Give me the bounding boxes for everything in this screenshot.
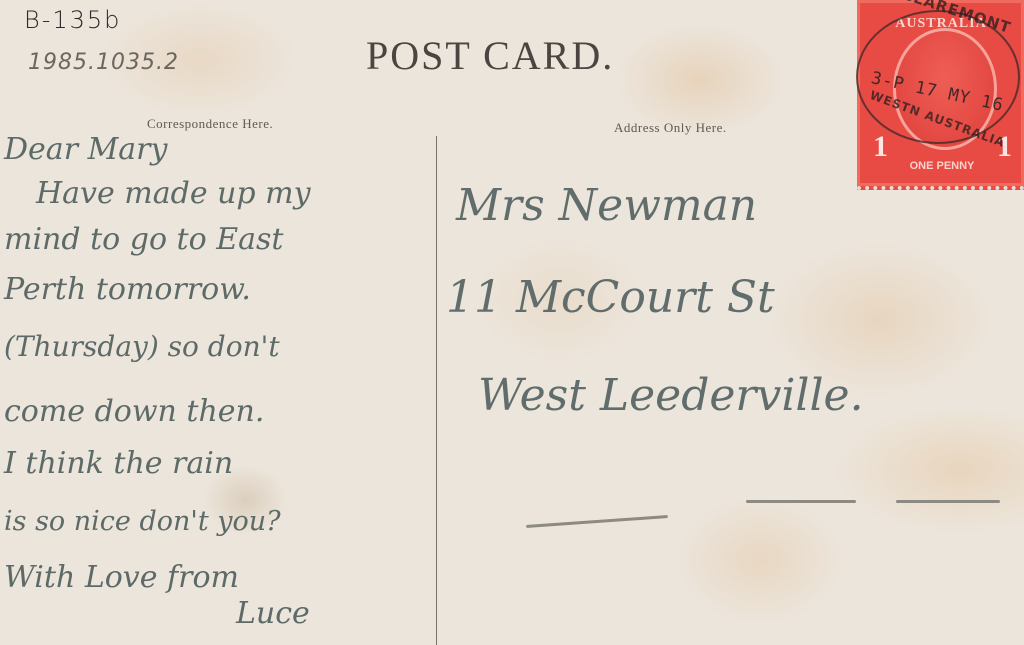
address-underline xyxy=(896,500,1000,503)
correspondence-label: Correspondence Here. xyxy=(147,116,273,132)
postcard-heading: POST CARD. xyxy=(366,32,614,79)
accession-number: 1985.1035.2 xyxy=(28,50,179,75)
address-line: Mrs Newman xyxy=(456,180,757,231)
address-line: West Leederville. xyxy=(478,370,864,421)
signature: Luce xyxy=(236,596,310,631)
postcard: B-135b 1985.1035.2 POST CARD. Correspond… xyxy=(0,0,1024,645)
address-underline xyxy=(526,515,668,528)
message-line: come down then. xyxy=(4,394,264,429)
stamp-denomination: ONE PENNY xyxy=(897,160,987,172)
message-line: (Thursday) so don't xyxy=(4,330,280,363)
message-line: mind to go to East xyxy=(4,222,283,257)
message-line: Dear Mary xyxy=(4,132,167,167)
address-underline xyxy=(746,500,856,503)
message-line: With Love from xyxy=(4,560,239,595)
message-line: Perth tomorrow. xyxy=(4,272,251,307)
message-line: is so nice don't you? xyxy=(4,506,281,537)
stamp-value-left: 1 xyxy=(873,130,888,164)
message-line: Have made up my xyxy=(36,176,311,211)
address-label: Address Only Here. xyxy=(614,120,727,136)
address-line: 11 McCourt St xyxy=(446,272,775,323)
center-divider xyxy=(436,136,437,645)
catalog-id: B-135b xyxy=(24,6,121,34)
message-line: I think the rain xyxy=(4,446,233,481)
